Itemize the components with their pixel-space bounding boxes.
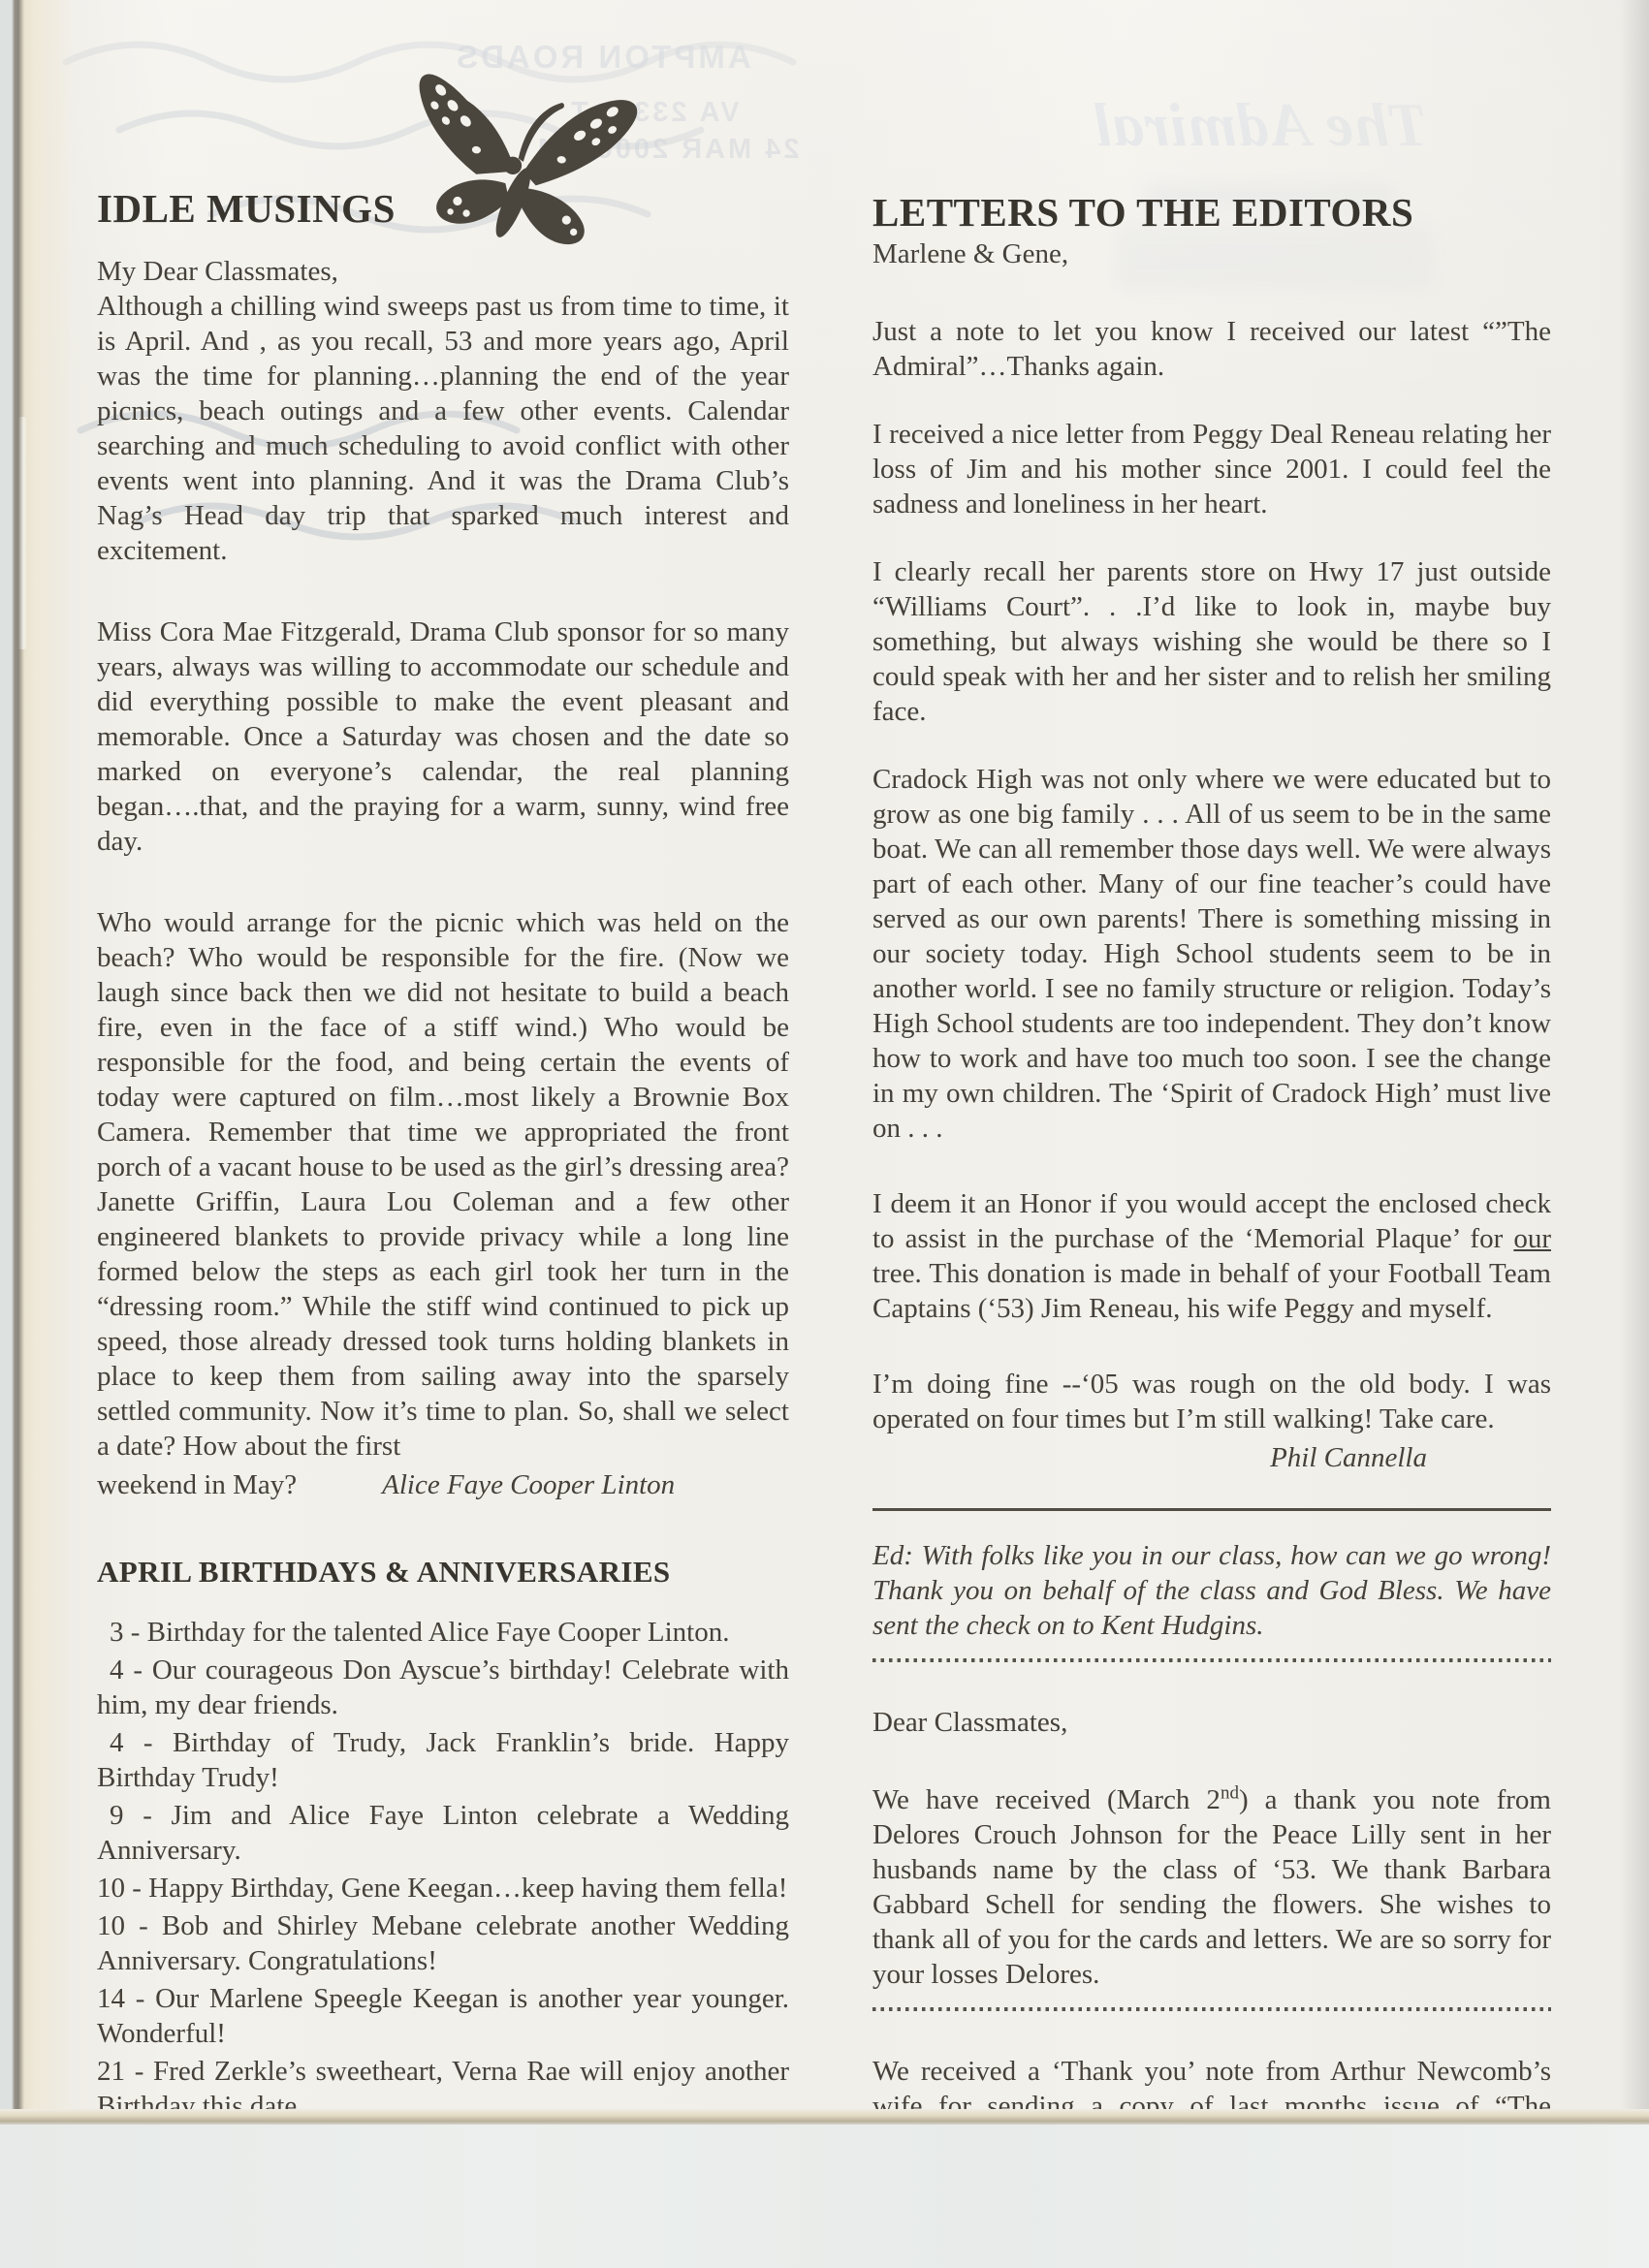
classmates-salutation: Dear Classmates,	[872, 1705, 1551, 1740]
letter-signature-alice: Alice Faye Cooper Linton	[382, 1467, 675, 1502]
birthday-item: 4 - Our courageous Don Ayscue’s birthday…	[97, 1653, 789, 1722]
birthday-item: 10 - Happy Birthday, Gene Keegan…keep ha…	[97, 1871, 789, 1906]
scanner-background	[0, 2125, 1649, 2268]
para5-text-end: tree. This donation is made in behalf of…	[872, 1258, 1551, 1324]
birthday-item: 3 - Birthday for the talented Alice Faye…	[97, 1615, 789, 1650]
para5-underlined-word: our	[1513, 1223, 1551, 1254]
birthdays-title: APRIL BIRTHDAYS & ANNIVERSARIES	[97, 1555, 789, 1590]
dotted-divider	[872, 2007, 1551, 2011]
para5-text: I deem it an Honor if you would accept t…	[872, 1188, 1551, 1254]
birthday-item: 9 - Jim and Alice Faye Linton celebrate …	[97, 1798, 789, 1868]
page-left-edge	[0, 0, 74, 2125]
bleedthrough-masthead: The Admiral	[1094, 89, 1428, 161]
horizontal-rule	[872, 1508, 1551, 1511]
left-paragraph-1: Although a chilling wind sweeps past us …	[97, 289, 789, 568]
letter-paragraph-7: We have received (March 2nd) a thank you…	[872, 1782, 1551, 1992]
right-column: LETTERS TO THE EDITORS Marlene & Gene, J…	[872, 190, 1551, 2232]
birthday-item: 10 - Bob and Shirley Mebane celebrate an…	[97, 1908, 789, 1978]
letter-paragraph-4: Cradock High was not only where we were …	[872, 762, 1551, 1146]
para7-superscript: nd	[1221, 1782, 1239, 1803]
letter-paragraph-1: Just a note to let you know I received o…	[872, 314, 1551, 384]
left-paragraph-3: Who would arrange for the picnic which w…	[97, 905, 789, 1464]
dotted-divider	[872, 1658, 1551, 1662]
letter-paragraph-3: I clearly recall her parents store on Hw…	[872, 554, 1551, 729]
letter-paragraph-2: I received a nice letter from Peggy Deal…	[872, 417, 1551, 521]
letter-paragraph-6: I’m doing fine --‘05 was rough on the ol…	[872, 1367, 1551, 1436]
letter-signature-phil: Phil Cannella	[872, 1440, 1551, 1475]
page-left-crease	[17, 417, 27, 649]
birthday-item: 14 - Our Marlene Speegle Keegan is anoth…	[97, 1981, 789, 2051]
left-salutation: My Dear Classmates,	[97, 254, 789, 289]
letters-title: LETTERS TO THE EDITORS	[872, 190, 1551, 235]
editor-note: Ed: With folks like you in our class, ho…	[872, 1538, 1551, 1643]
birthday-item: 4 - Birthday of Trudy, Jack Franklin’s b…	[97, 1725, 789, 1795]
newsletter-page: AMPTON ROADS VA 233 S T 24 MAR 2006 PM T…	[0, 0, 1649, 2268]
letter-paragraph-5: I deem it an Honor if you would accept t…	[872, 1186, 1551, 1326]
letter-salutation: Marlene & Gene,	[872, 236, 1551, 271]
idle-musings-title: IDLE MUSINGS	[97, 186, 789, 231]
left-paragraph-3-lastline: weekend in May? Alice Faye Cooper Linton	[97, 1467, 789, 1502]
left-column: IDLE MUSINGS My Dear Classmates, Althoug…	[97, 186, 789, 2126]
para7-text: We have received (March 2	[872, 1784, 1221, 1815]
left-paragraph-2: Miss Cora Mae Fitzgerald, Drama Club spo…	[97, 614, 789, 859]
left-paragraph-3-end: weekend in May?	[97, 1467, 297, 1502]
page-bottom-edge	[0, 2109, 1649, 2125]
page-right-edge	[1620, 0, 1649, 2125]
